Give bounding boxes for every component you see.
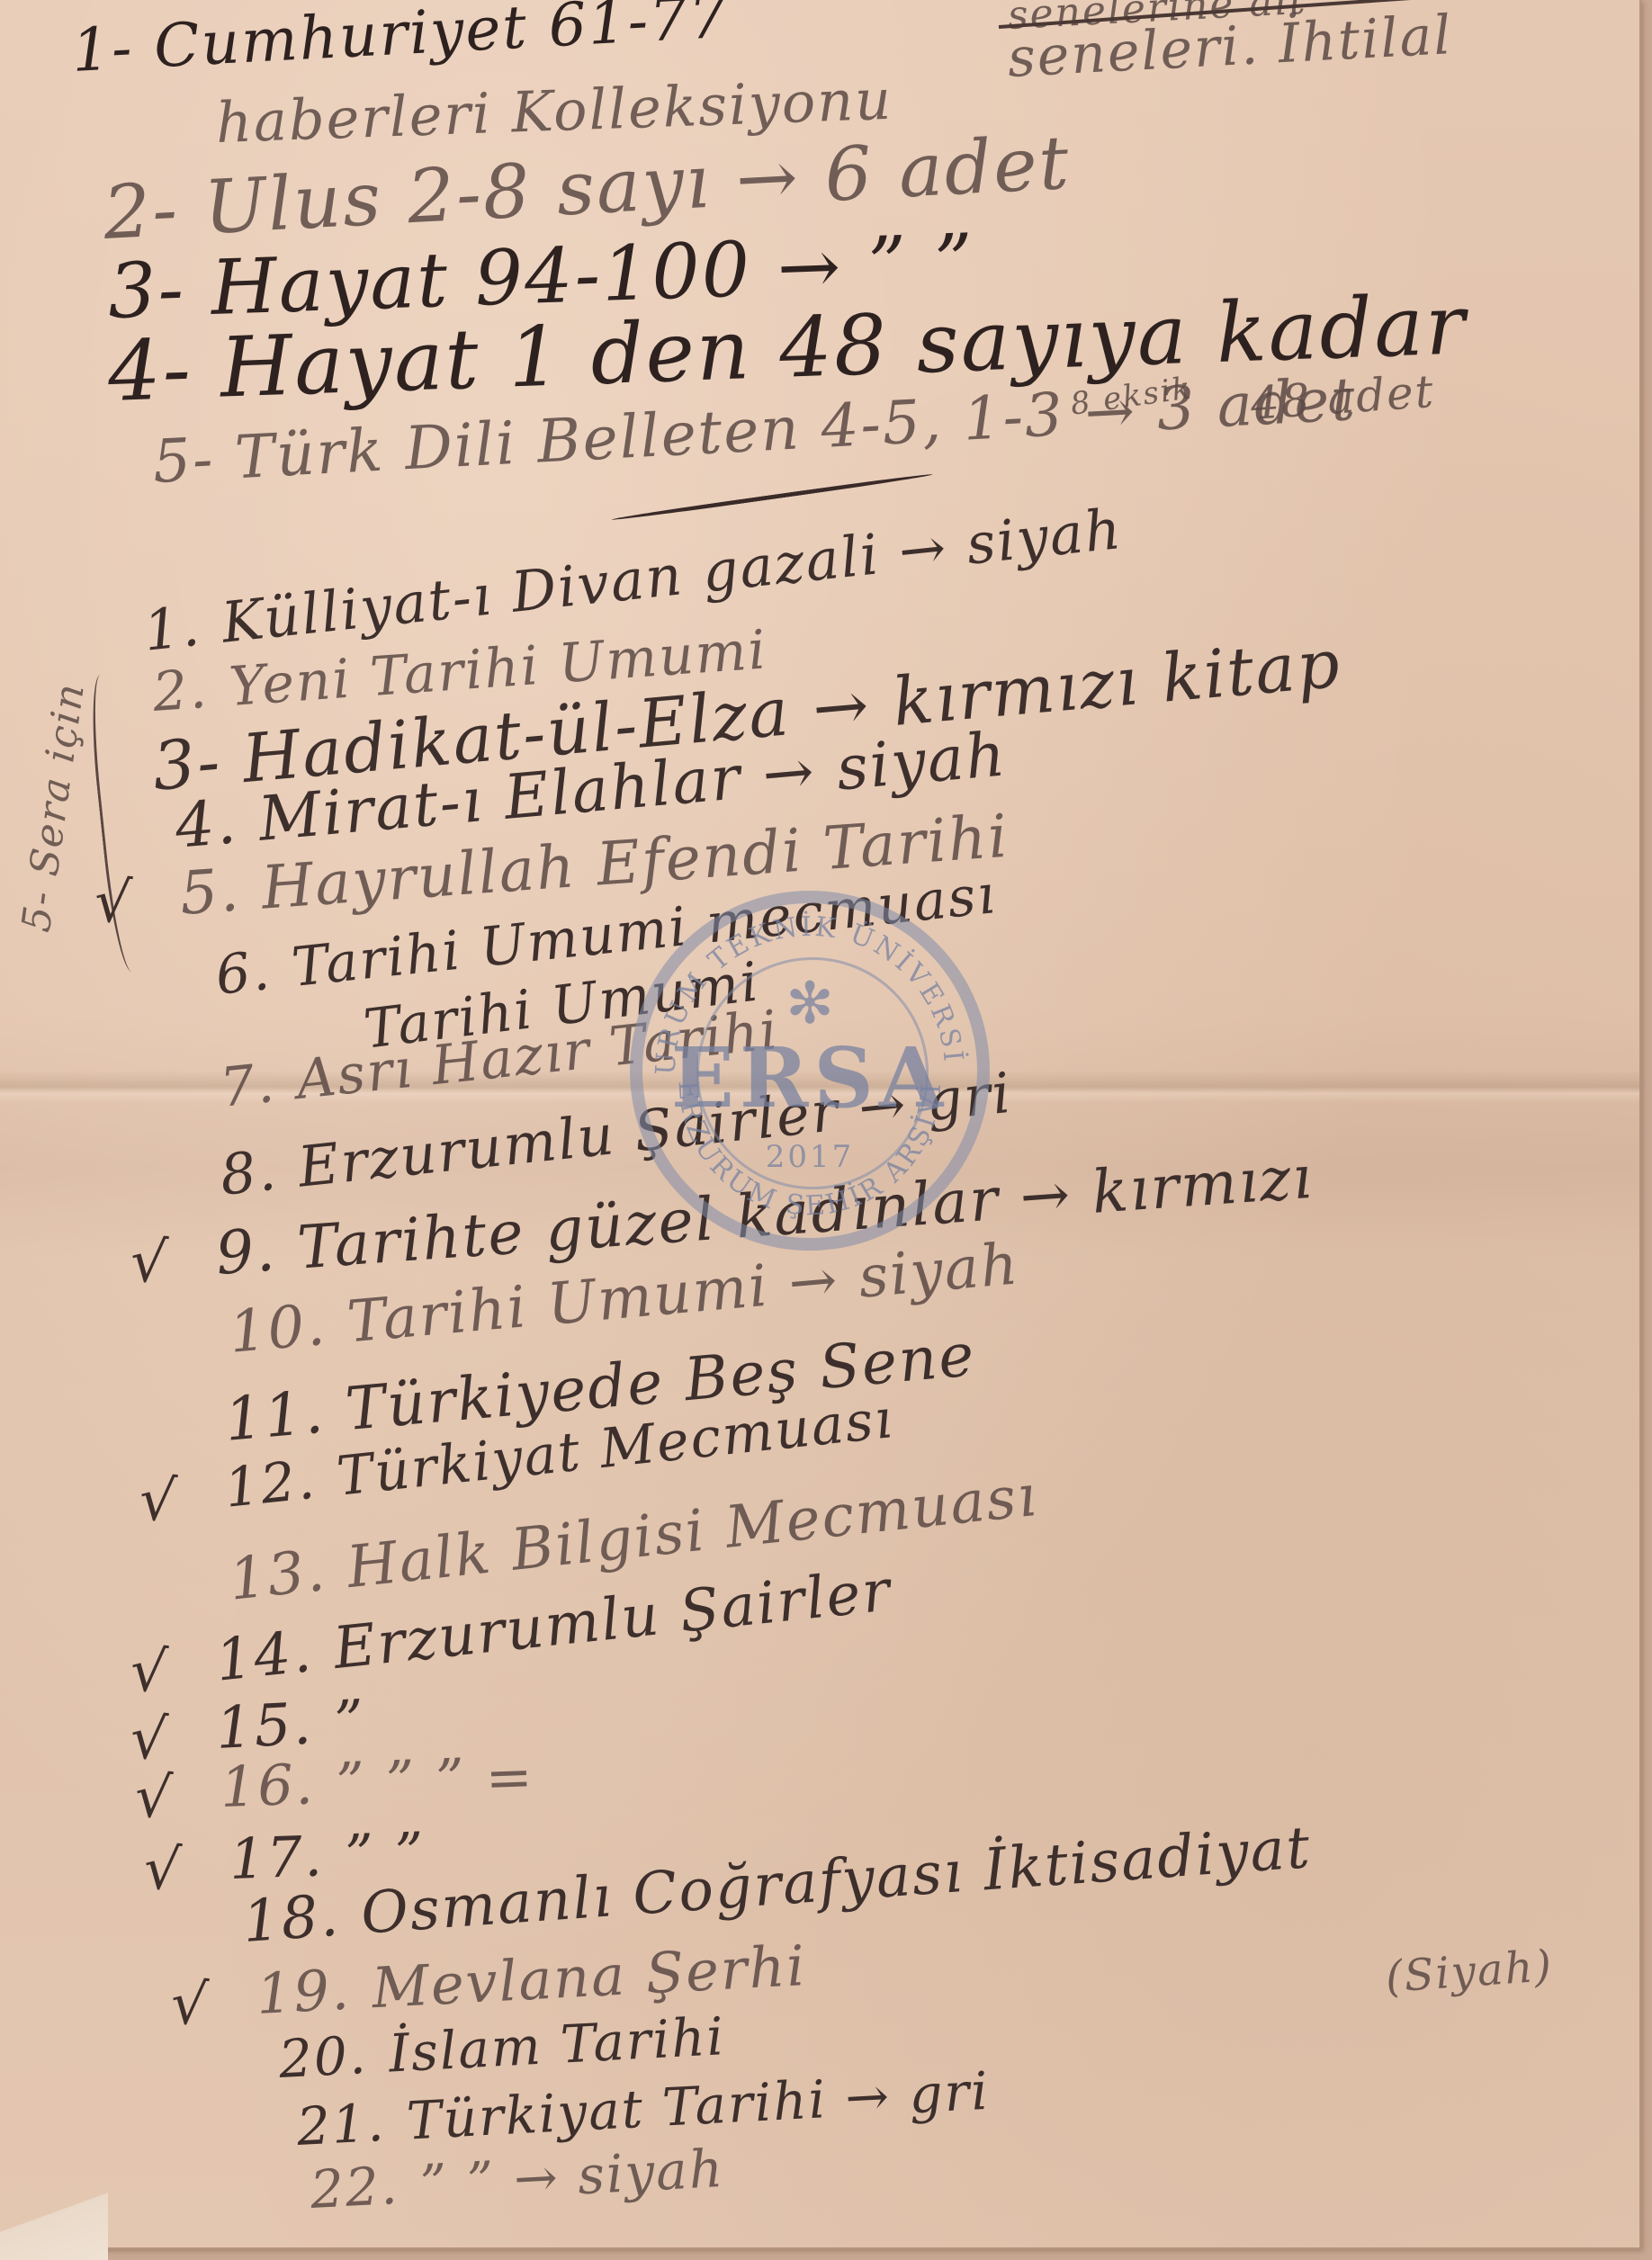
- item-text: ”: [333, 1688, 368, 1756]
- item-number: 2-: [102, 167, 182, 256]
- item-number: 20.: [277, 2024, 369, 2090]
- list-b-item: 16.” ” ” =: [220, 1744, 535, 1820]
- item-number: 13.: [226, 1538, 329, 1614]
- item-number: 4.: [173, 786, 241, 863]
- torn-corner: [0, 2186, 108, 2260]
- item-number: 11.: [222, 1377, 328, 1454]
- snowflake-logo-icon: ✻: [786, 975, 834, 1033]
- item-text: Mevlana Şerhi: [371, 1933, 808, 2021]
- checkmark-icon: √: [128, 1637, 169, 1707]
- checkmark-icon: √: [132, 1763, 174, 1833]
- stamp-year: 2017: [642, 1139, 977, 1175]
- list-a-item-1: 1- Cumhuriyet 61-77: [70, 0, 731, 85]
- item-number: 5-: [151, 424, 216, 496]
- item-number: 19.: [255, 1957, 352, 2027]
- item-number: 5.: [177, 855, 242, 928]
- item-number: 12.: [221, 1448, 319, 1520]
- item-number: 7.: [217, 1052, 278, 1120]
- item-number: 1.: [140, 593, 203, 664]
- paper-sheet: 1- Cumhuriyet 61-77 senelerine ait senel…: [0, 0, 1641, 2249]
- item-number: 18.: [240, 1883, 342, 1956]
- checkmark-icon: √: [92, 868, 133, 937]
- list-b-item-note: (Siyah): [1384, 1941, 1555, 2003]
- checkmark-icon: √: [141, 1835, 183, 1905]
- checkmark-icon: √: [137, 1466, 178, 1536]
- item-number: 1-: [70, 13, 135, 85]
- item-number: 14.: [212, 1619, 316, 1695]
- item-number: 10.: [227, 1292, 329, 1367]
- checkmark-icon: √: [168, 1970, 210, 2040]
- checkmark-icon: √: [128, 1228, 169, 1297]
- stamp-center-text: ERSA: [642, 1029, 977, 1126]
- item-number: 21.: [295, 2092, 387, 2157]
- margin-note: 5- Sera için: [13, 679, 94, 935]
- item-number: 22.: [309, 2155, 400, 2220]
- item-number: 17.: [229, 1823, 325, 1892]
- item-text: Osmanlı Coğrafyası İktisadiyat: [359, 1815, 1314, 1948]
- item-number: 4-: [106, 321, 193, 420]
- item-number: 2.: [151, 658, 211, 724]
- archive-stamp: ERZURUM TEKNİK ÜNİVERSİTESİ ERZURUM ŞEHİ…: [630, 891, 990, 1251]
- item-number: 8.: [217, 1137, 280, 1208]
- item-number: 6.: [212, 939, 274, 1008]
- item-number: 16.: [220, 1751, 316, 1820]
- item-text: ” ” ” =: [335, 1744, 535, 1816]
- item-text: Cumhuriyet 61-77: [152, 0, 731, 81]
- separator-stroke: [612, 472, 933, 522]
- item-text: ” ” → siyah: [418, 2138, 725, 2215]
- item-number: 9.: [213, 1215, 278, 1287]
